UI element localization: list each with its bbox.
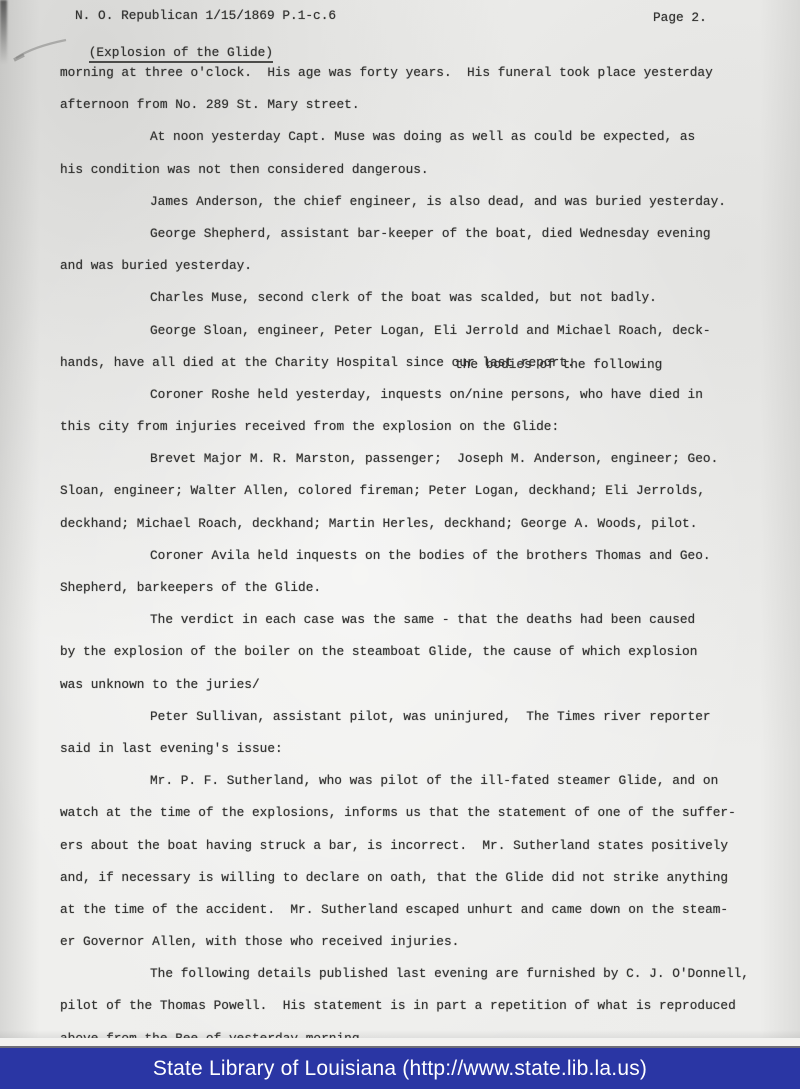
typewritten-line: Peter Sullivan, assistant pilot, was uni… (60, 701, 760, 733)
typewritten-line: deckhand; Michael Roach, deckhand; Marti… (60, 508, 760, 540)
typewritten-line: Coroner Avila held inquests on the bodie… (60, 540, 760, 572)
typewritten-line: pilot of the Thomas Powell. His statemen… (60, 990, 760, 1022)
typewritten-line: at the time of the accident. Mr. Sutherl… (60, 894, 760, 926)
typewritten-line: Shepherd, barkeepers of the Glide. (60, 572, 760, 604)
typewritten-line: morning at three o'clock. His age was fo… (60, 57, 760, 89)
typewritten-line: Sloan, engineer; Walter Allen, colored f… (60, 475, 760, 507)
typewritten-line: his condition was not then considered da… (60, 154, 760, 186)
footer-credit-text: State Library of Louisiana (http://www.s… (153, 1057, 647, 1081)
typewritten-line: hands, have all died at the Charity Hosp… (60, 347, 760, 379)
typewritten-line: The verdict in each case was the same - … (60, 604, 760, 636)
typewritten-line: er Governor Allen, with those who receiv… (60, 926, 760, 958)
typewritten-line: was unknown to the juries/ (60, 669, 760, 701)
typewritten-line: Coroner Roshe held yesterday, inquests o… (60, 379, 760, 411)
typewritten-line: Charles Muse, second clerk of the boat w… (60, 282, 760, 314)
typewritten-line: James Anderson, the chief engineer, is a… (60, 186, 760, 218)
scan-edge-smudge (0, 0, 7, 64)
typewritten-line: Mr. P. F. Sutherland, who was pilot of t… (60, 765, 760, 797)
scanned-page: N. O. Republican 1/15/1869 P.1-c.6 Page … (0, 0, 800, 1044)
typewritten-line: afternoon from No. 289 St. Mary street. (60, 89, 760, 121)
typewritten-line: ers about the boat having struck a bar, … (60, 830, 760, 862)
typewritten-line: George Sloan, engineer, Peter Logan, Eli… (60, 315, 760, 347)
typewritten-line: and, if necessary is willing to declare … (60, 862, 760, 894)
footer-banner: State Library of Louisiana (http://www.s… (0, 1046, 800, 1089)
typewritten-line: this city from injuries received from th… (60, 411, 760, 443)
typewritten-line: watch at the time of the explosions, inf… (60, 797, 760, 829)
typewritten-line: said in last evening's issue: (60, 733, 760, 765)
typewritten-line: Brevet Major M. R. Marston, passenger; J… (60, 443, 760, 475)
typewritten-line: by the explosion of the boiler on the st… (60, 636, 760, 668)
typewritten-body: morning at three o'clock. His age was fo… (60, 57, 760, 1055)
typewritten-line: The following details published last eve… (60, 958, 760, 990)
source-citation: N. O. Republican 1/15/1869 P.1-c.6 (75, 8, 336, 23)
footer-gap (0, 1038, 800, 1046)
typewritten-line: At noon yesterday Capt. Muse was doing a… (60, 121, 760, 153)
scanned-document-screenshot: { "header": { "source_line": "N. O. Repu… (0, 0, 800, 1089)
page-number-label: Page 2. (653, 10, 707, 25)
typewritten-line: George Shepherd, assistant bar-keeper of… (60, 218, 760, 250)
typewritten-line: and was buried yesterday. (60, 250, 760, 282)
